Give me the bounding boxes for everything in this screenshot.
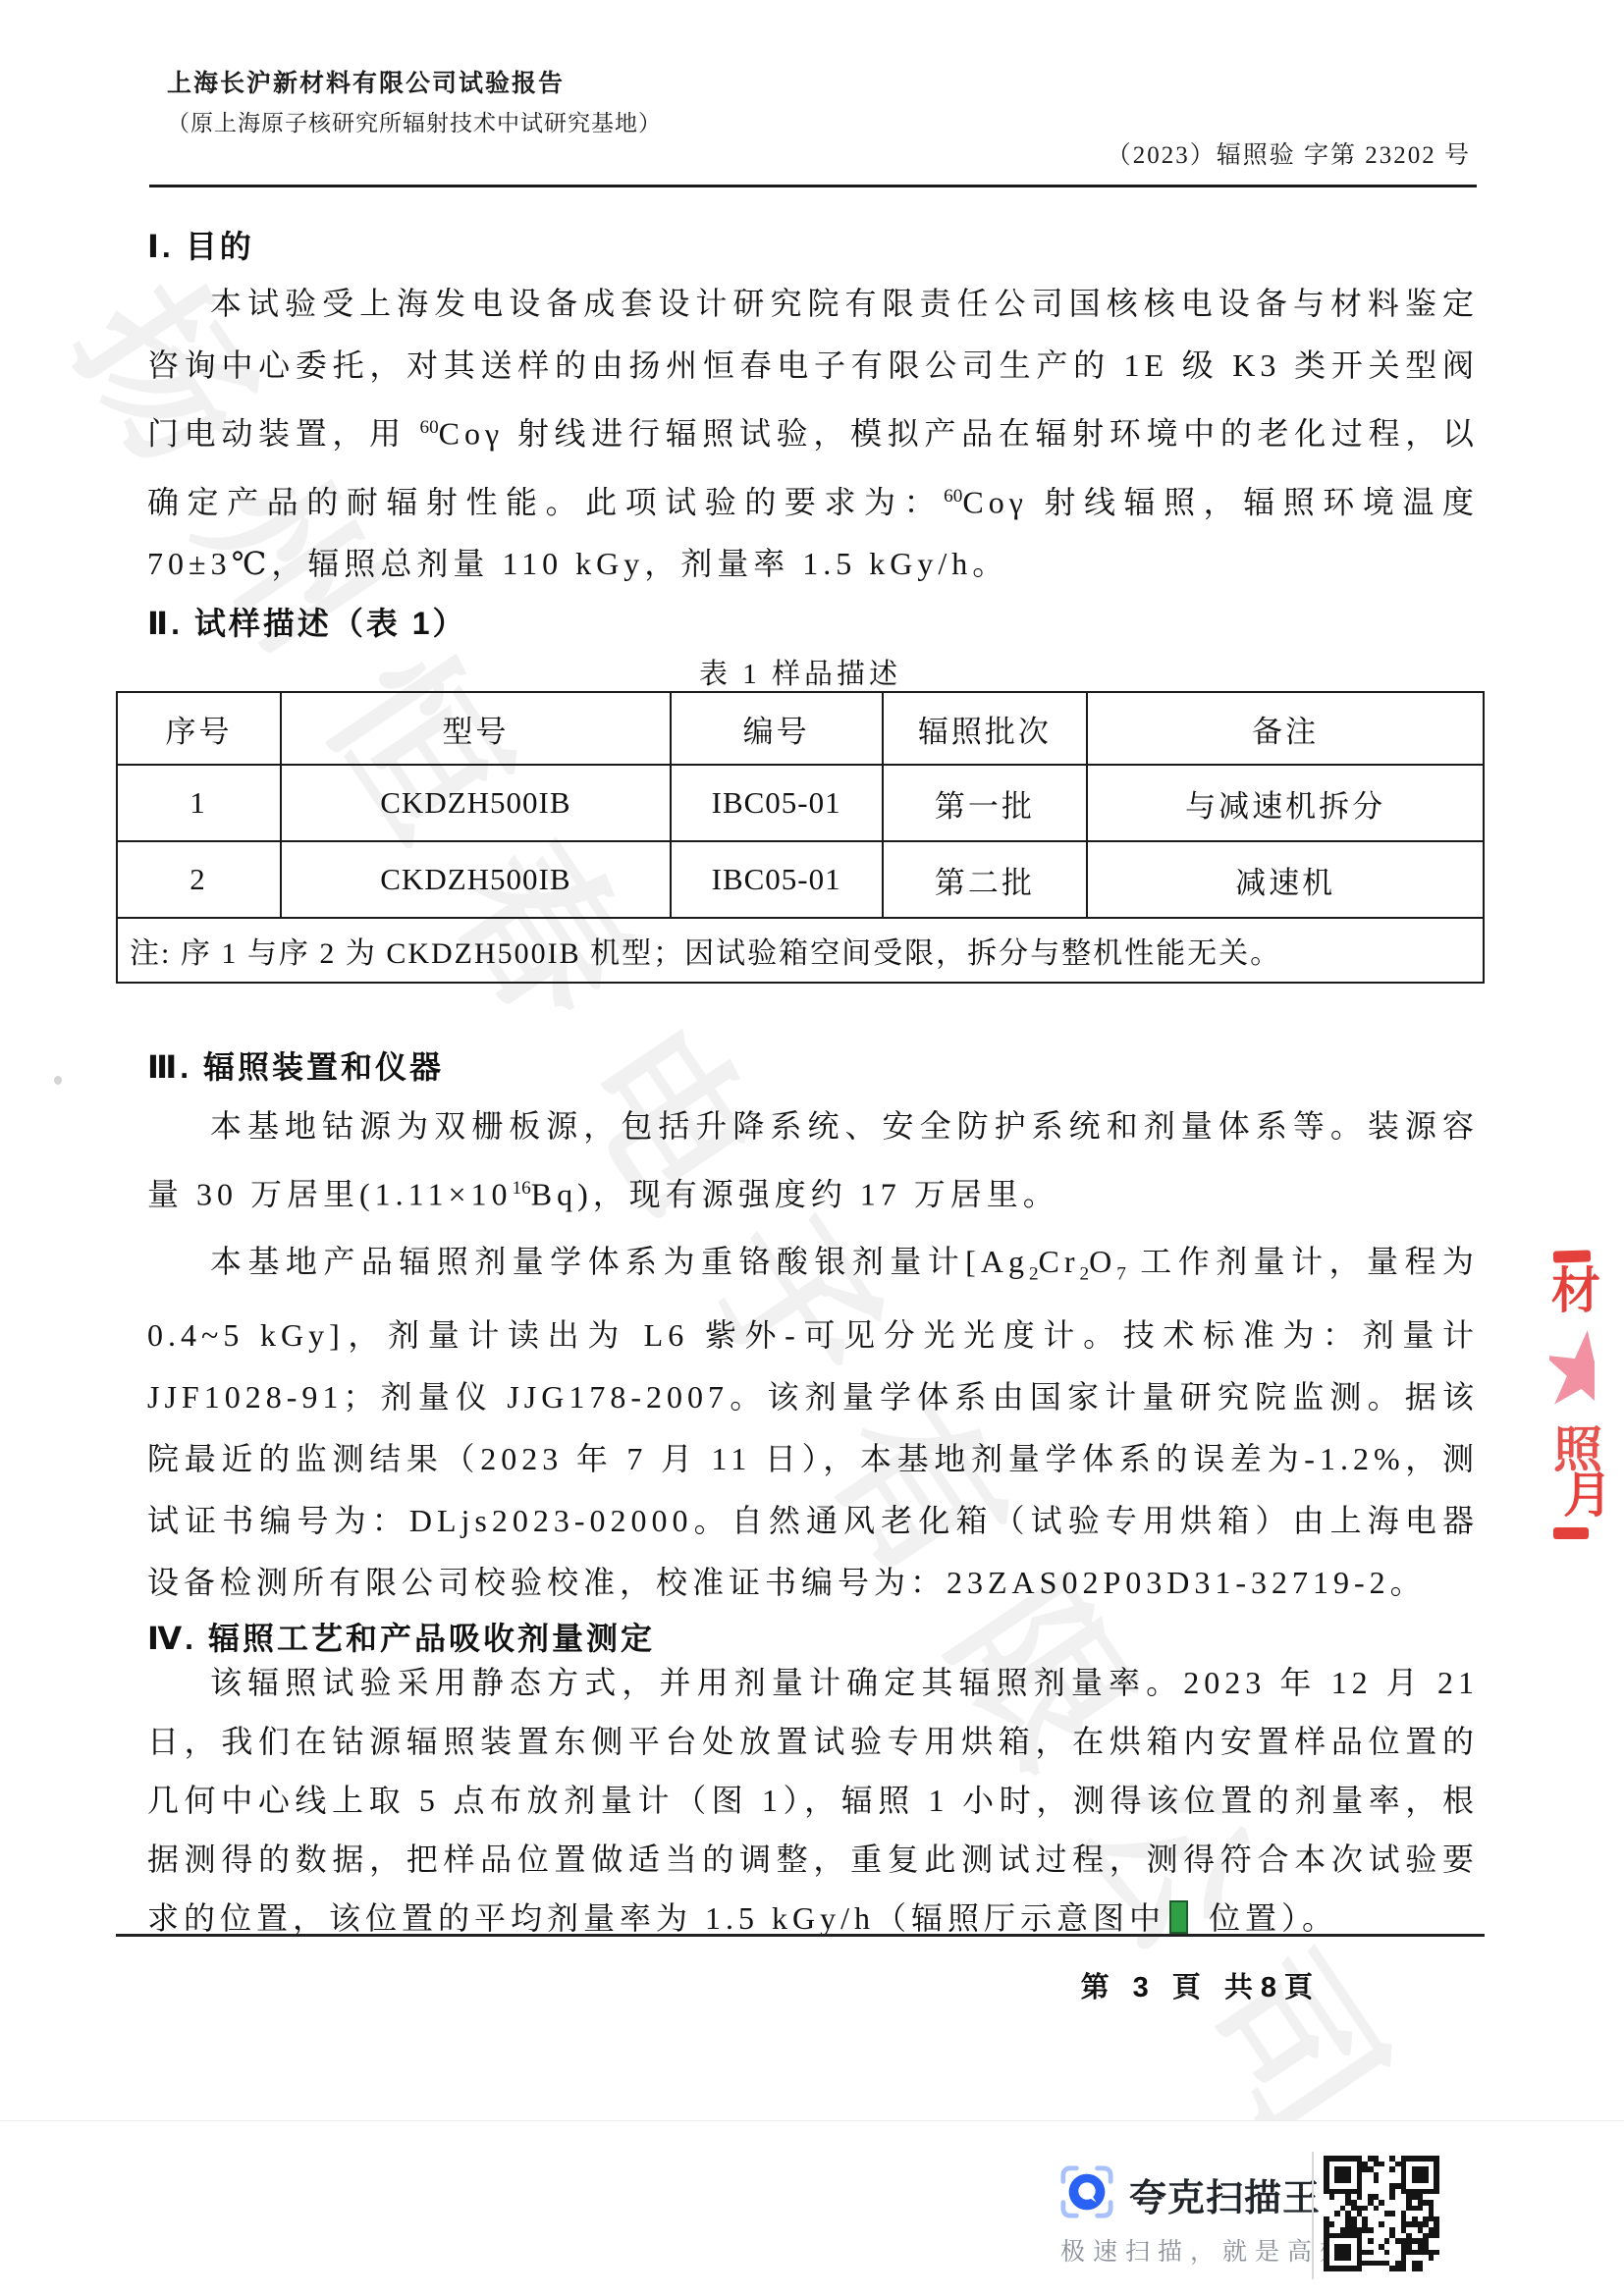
- cell-serial: IBC05-01: [671, 841, 883, 918]
- qr-code: [1324, 2156, 1439, 2271]
- stamp-star-icon: ★: [1549, 1327, 1595, 1435]
- sample-table: 序号 型号 编号 辐照批次 备注 1 CKDZH500IB IBC05-01 第…: [116, 691, 1485, 984]
- report-header: 上海长沪新材料有限公司试验报告 （原上海原子核研究所辐射技术中试研究基地）: [167, 65, 662, 143]
- cell-batch: 第二批: [883, 841, 1088, 918]
- superscript-60: 60: [944, 486, 962, 507]
- table-note-row: 注: 序 1 与序 2 为 CKDZH500IB 机型；因试验箱空间受限，拆分与…: [117, 918, 1484, 983]
- scan-smudge: [54, 1076, 62, 1085]
- table-caption: 表 1 样品描述: [116, 652, 1485, 692]
- dosimetry-paragraph: 本基地产品辐照剂量学体系为重铬酸银剂量计[Ag2Cr2O7 工作剂量计，量程为 …: [147, 1231, 1479, 1614]
- table-row: 1 CKDZH500IB IBC05-01 第一批 与减速机拆分: [117, 765, 1484, 841]
- cell-remark: 与减速机拆分: [1087, 765, 1484, 841]
- process-paragraph: 该辐照试验采用静态方式，并用剂量计确定其辐照剂量率。2023 年 12 月 21…: [147, 1653, 1479, 1948]
- purpose-paragraph: 本试验受上海发电设备成套设计研究院有限责任公司国核核电设备与材料鉴定咨询中心委托…: [147, 273, 1479, 595]
- table-header-row: 序号 型号 编号 辐照批次 备注: [117, 692, 1484, 765]
- subscript-7: 7: [1116, 1263, 1126, 1284]
- facility-paragraph: 本基地钴源为双栅板源，包括升降系统、安全防护系统和剂量体系等。装源容量 30 万…: [147, 1095, 1479, 1226]
- col-header-index: 序号: [117, 692, 281, 765]
- scanner-app-name: 夸克扫描王: [1129, 2167, 1321, 2221]
- footer-rule: [116, 1934, 1485, 1937]
- section-3-heading: Ⅲ. 辐照装置和仪器: [147, 1042, 1483, 1088]
- section-1-heading: Ⅰ. 目的: [147, 222, 1483, 267]
- cell-serial: IBC05-01: [671, 765, 883, 841]
- header-rule: [149, 185, 1477, 187]
- cell-batch: 第一批: [883, 765, 1088, 841]
- superscript-16: 16: [513, 1178, 531, 1199]
- table-note: 注: 序 1 与序 2 为 CKDZH500IB 机型；因试验箱空间受限，拆分与…: [117, 918, 1484, 983]
- table-row: 2 CKDZH500IB IBC05-01 第二批 减速机: [117, 841, 1484, 918]
- scanned-report-page: 扬州恒春电子有限公司 上海长沪新材料有限公司试验报告 （原上海原子核研究所辐射技…: [0, 0, 1624, 2296]
- stamp-bar-top: [1553, 1250, 1591, 1262]
- col-header-remark: 备注: [1087, 692, 1484, 765]
- cell-model: CKDZH500IB: [281, 765, 671, 841]
- col-header-model: 型号: [281, 692, 671, 765]
- page-number: 第 3 頁 共8頁: [1081, 1965, 1321, 2005]
- org-title: 上海长沪新材料有限公司试验报告: [167, 65, 662, 104]
- stamp-char-cai: 材: [1551, 1266, 1600, 1315]
- col-header-batch: 辐照批次: [883, 692, 1088, 765]
- quark-logo-icon: [1058, 2163, 1115, 2220]
- cell-index: 2: [117, 841, 281, 918]
- doc-number: （2023）辐照验 字第 23202 号: [1107, 135, 1471, 171]
- subscript-2: 2: [1029, 1263, 1039, 1284]
- stamp-bar-bottom: [1553, 1527, 1589, 1539]
- subscript-2: 2: [1080, 1263, 1090, 1284]
- scanner-tagline: 极速扫描，就是高效: [1060, 2232, 1352, 2268]
- cell-remark: 减速机: [1087, 841, 1484, 918]
- org-subtitle: （原上海原子核研究所辐射技术中试研究基地）: [167, 104, 662, 143]
- stamp-char-yue: 月: [1563, 1470, 1612, 1520]
- green-position-marker: [1169, 1900, 1188, 1934]
- superscript-60: 60: [419, 417, 438, 438]
- cell-model: CKDZH500IB: [281, 841, 671, 918]
- cell-index: 1: [117, 765, 281, 841]
- col-header-serial: 编号: [671, 692, 883, 765]
- banner-divider: [1312, 2152, 1314, 2279]
- section-2-heading: Ⅱ. 试样描述（表 1）: [147, 599, 1483, 644]
